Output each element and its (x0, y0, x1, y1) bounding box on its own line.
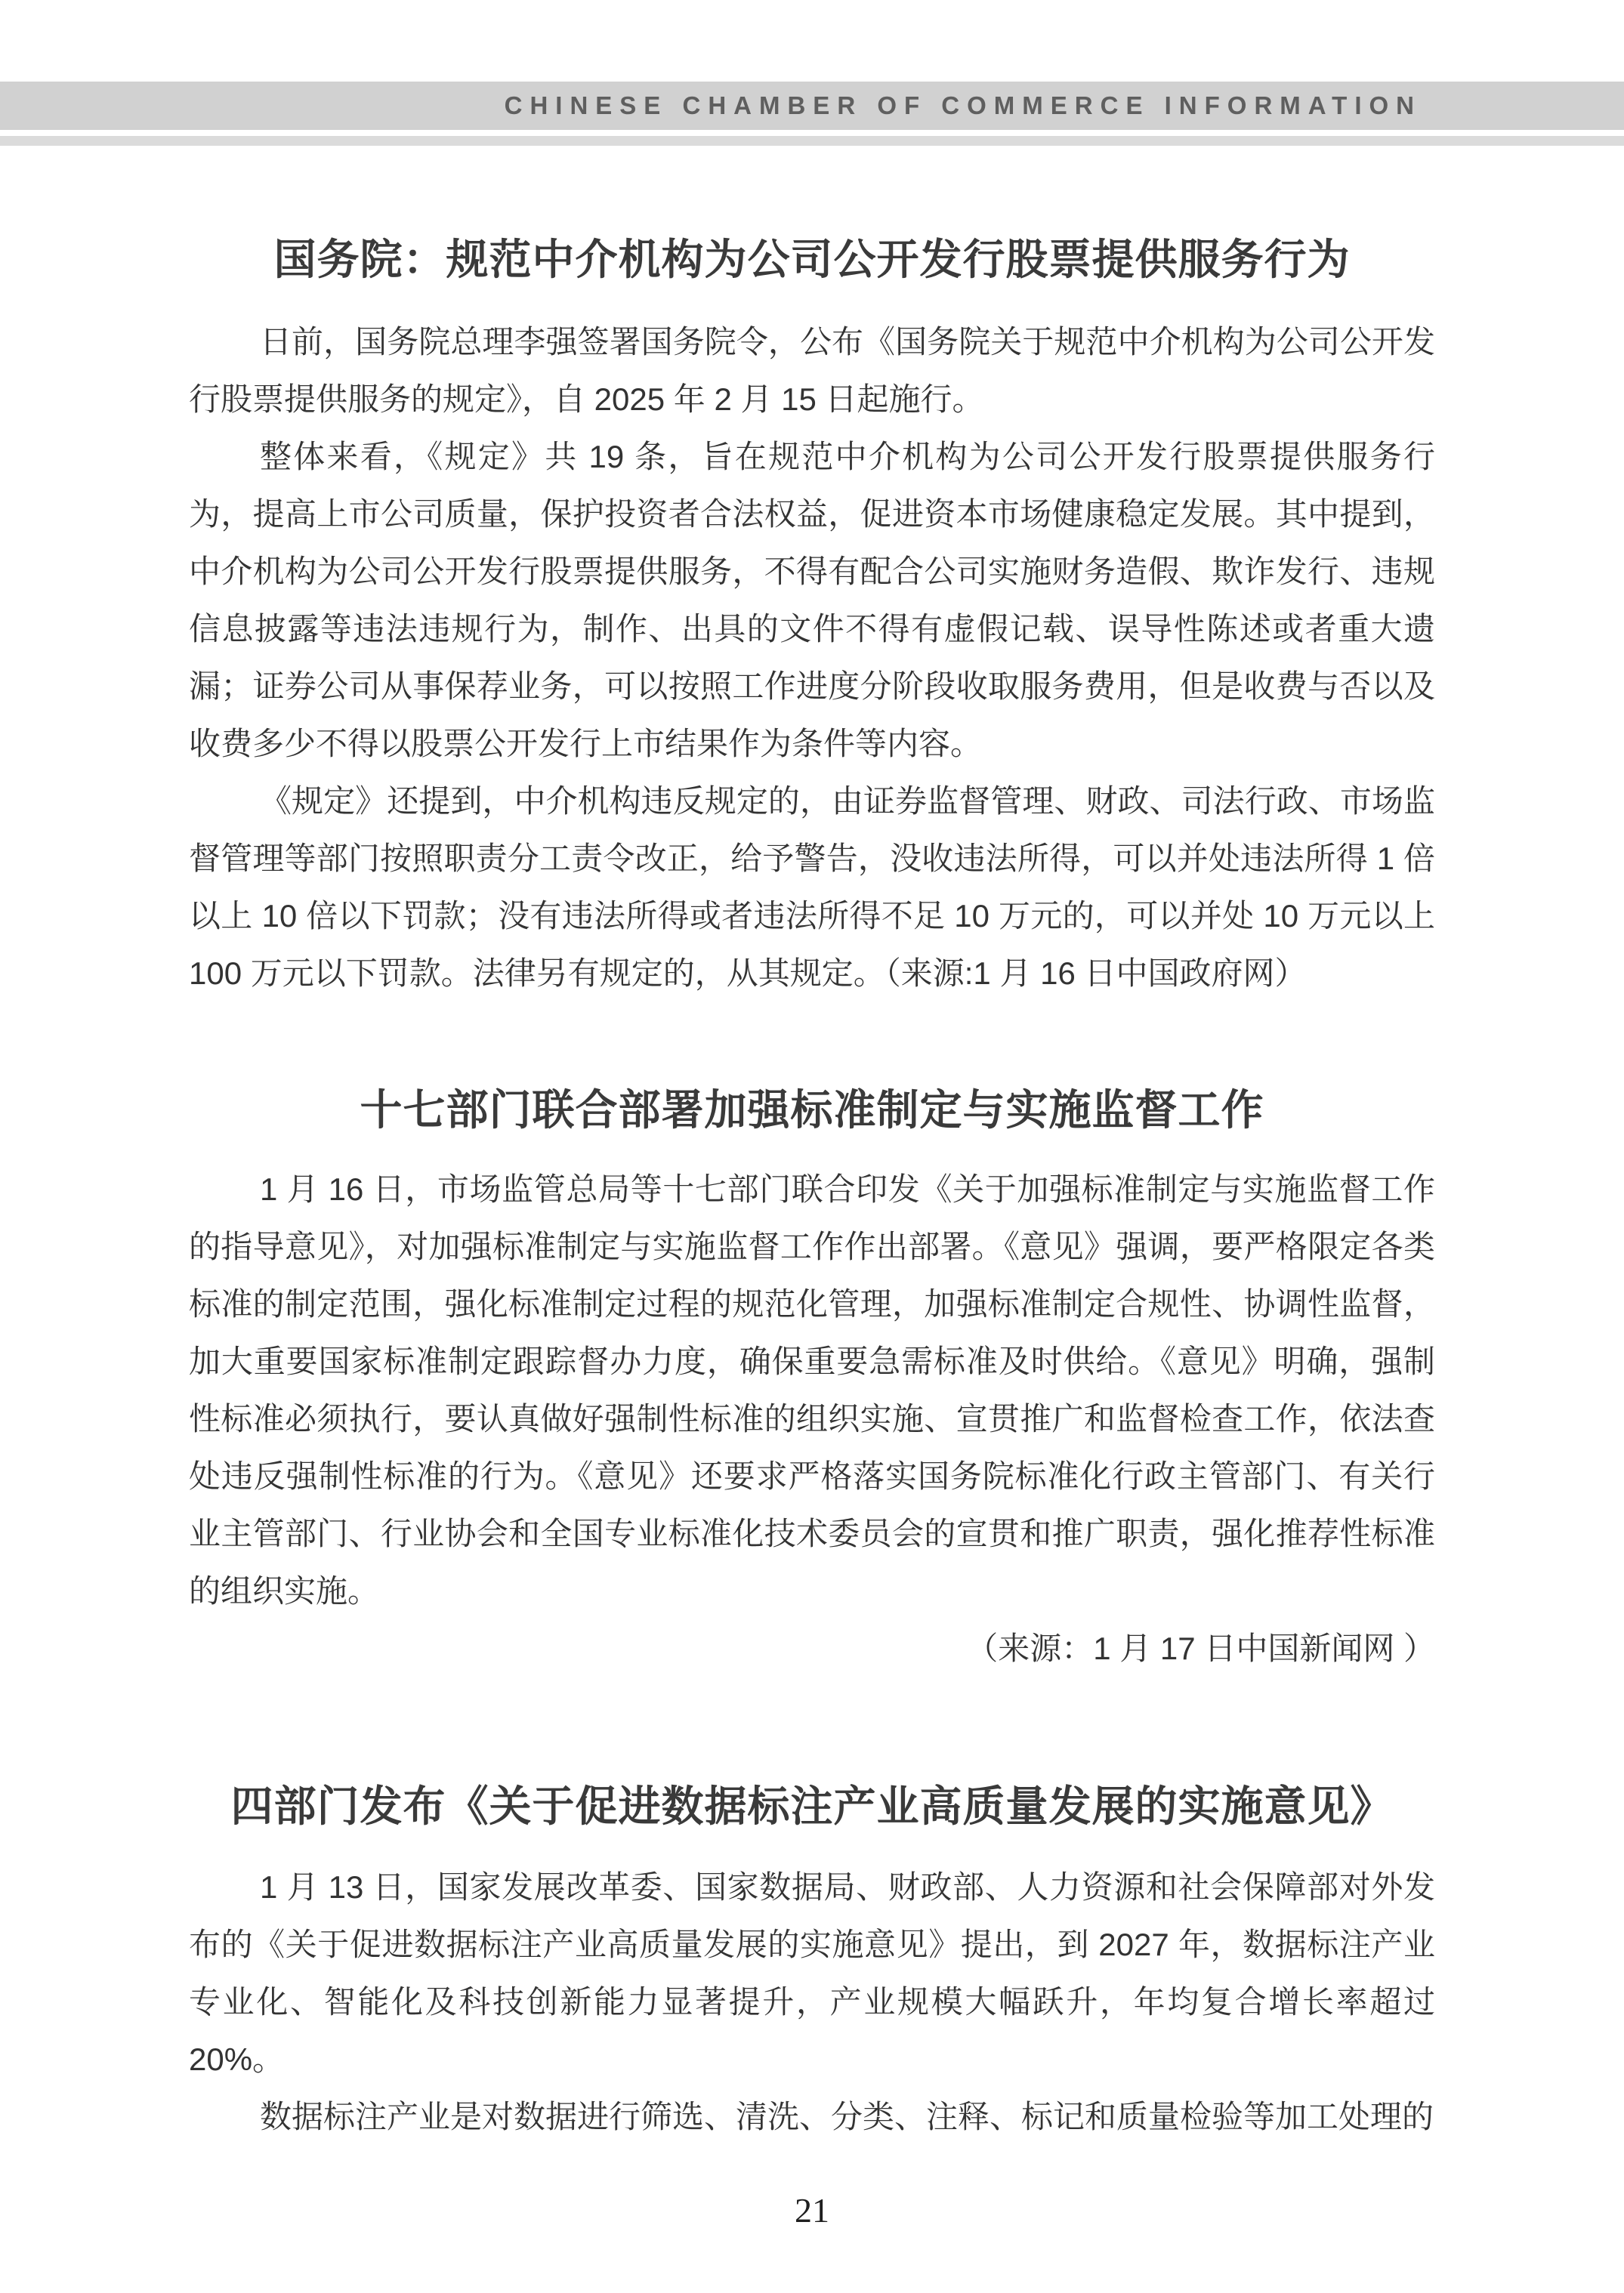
page-number: 21 (0, 2190, 1624, 2230)
header-banner: CHINESE CHAMBER OF COMMERCE INFORMATION (0, 82, 1624, 130)
header-banner-text: CHINESE CHAMBER OF COMMERCE INFORMATION (505, 91, 1422, 120)
article-1-title: 国务院：规范中介机构为公司公开发行股票提供服务行为 (189, 230, 1435, 289)
article-1-paragraph-3: 《规定》还提到，中介机构违反规定的，由证券监督管理、财政、司法行政、市场监督管理… (189, 773, 1435, 1002)
document-page: CHINESE CHAMBER OF COMMERCE INFORMATION … (0, 0, 1624, 2293)
article-2-source-line: （来源：1 月 17 日中国新闻网 ） (189, 1620, 1435, 1677)
article-3-paragraph-1: 1 月 13 日，国家发展改革委、国家数据局、财政部、人力资源和社会保障部对外发… (189, 1859, 1435, 2088)
article-3-title: 四部门发布《关于促进数据标注产业高质量发展的实施意见》 (189, 1777, 1435, 1836)
header-banner-strip (0, 136, 1624, 146)
article-2-title: 十七部门联合部署加强标准制定与实施监督工作 (189, 1081, 1435, 1140)
article-1-paragraph-2: 整体来看，《规定》共 19 条，旨在规范中介机构为公司公开发行股票提供服务行为，… (189, 428, 1435, 773)
article-1: 国务院：规范中介机构为公司公开发行股票提供服务行为 日前，国务院总理李强签署国务… (189, 230, 1435, 1002)
article-2: 十七部门联合部署加强标准制定与实施监督工作 1 月 16 日，市场监管总局等十七… (189, 1081, 1435, 1677)
article-3: 四部门发布《关于促进数据标注产业高质量发展的实施意见》 1 月 13 日，国家发… (189, 1777, 1435, 2146)
article-2-paragraph-1: 1 月 16 日，市场监管总局等十七部门联合印发《关于加强标准制定与实施监督工作… (189, 1161, 1435, 1620)
article-1-paragraph-1: 日前，国务院总理李强签署国务院令，公布《国务院关于规范中介机构为公司公开发行股票… (189, 313, 1435, 428)
page-content: 国务院：规范中介机构为公司公开发行股票提供服务行为 日前，国务院总理李强签署国务… (0, 230, 1624, 2146)
article-3-paragraph-2: 数据标注产业是对数据进行筛选、清洗、分类、注释、标记和质量检验等加工处理的 (189, 2088, 1435, 2146)
